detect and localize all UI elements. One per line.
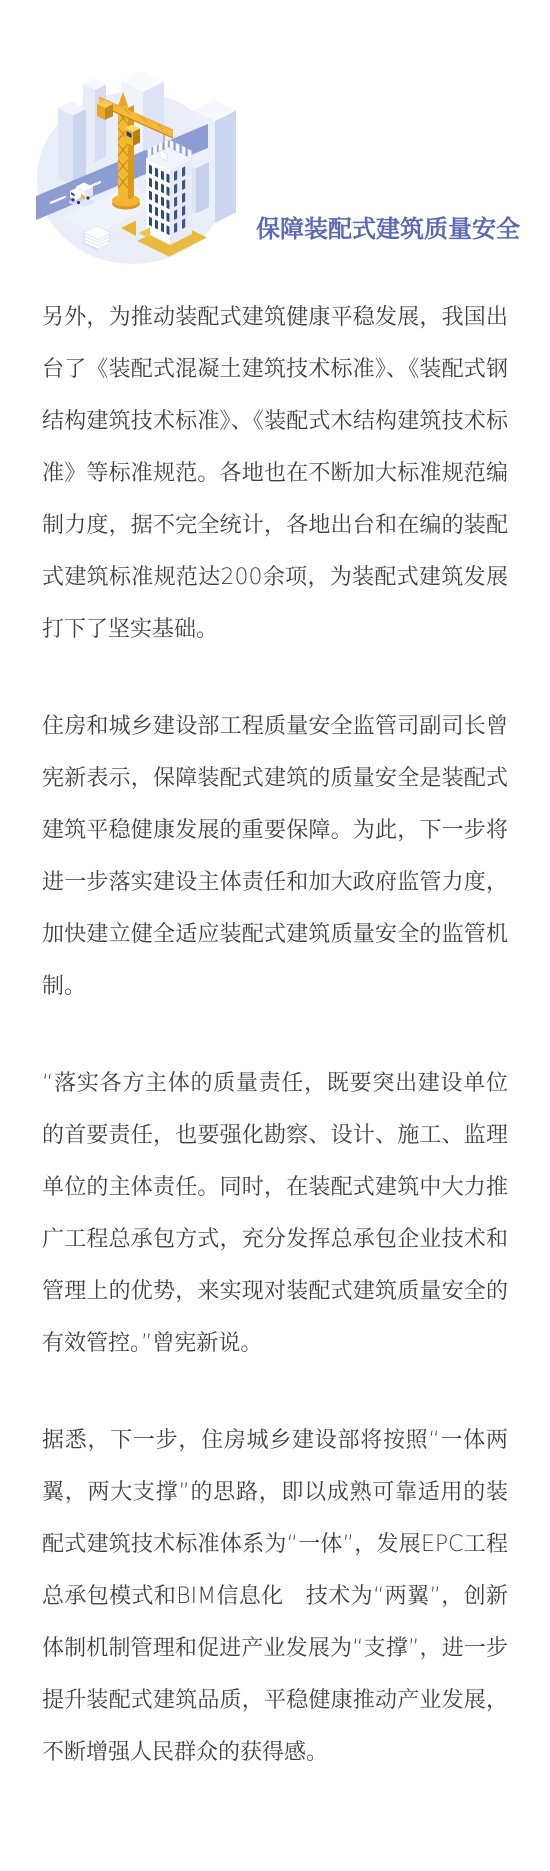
article-header: 保障装配式建筑质量安全 xyxy=(0,0,550,292)
paragraph-2: 住房和城乡建设部工程质量安全监管司副司长曾宪新表示，保障装配式建筑的质量安全是装… xyxy=(42,701,508,1013)
paragraph-3: “落实各方主体的质量责任，既要突出建设单位的首要责任，也要强化勘察、设计、施工、… xyxy=(42,1058,508,1370)
page-title: 保障装配式建筑质量安全 xyxy=(256,212,520,246)
paragraph-1: 另外，为推动装配式建筑健康平稳发展，我国出台了《装配式混凝土建筑技术标准》、《装… xyxy=(42,292,508,656)
paragraph-4: 据悉，下一步，住房城乡建设部将按照“一体两翼，两大支撑”的思路，即以成熟可靠适用… xyxy=(42,1415,508,1779)
article-body: 另外，为推动装配式建筑健康平稳发展，我国出台了《装配式混凝土建筑技术标准》、《装… xyxy=(42,292,508,1779)
construction-illustration-svg xyxy=(33,66,243,268)
construction-illustration xyxy=(33,66,243,268)
